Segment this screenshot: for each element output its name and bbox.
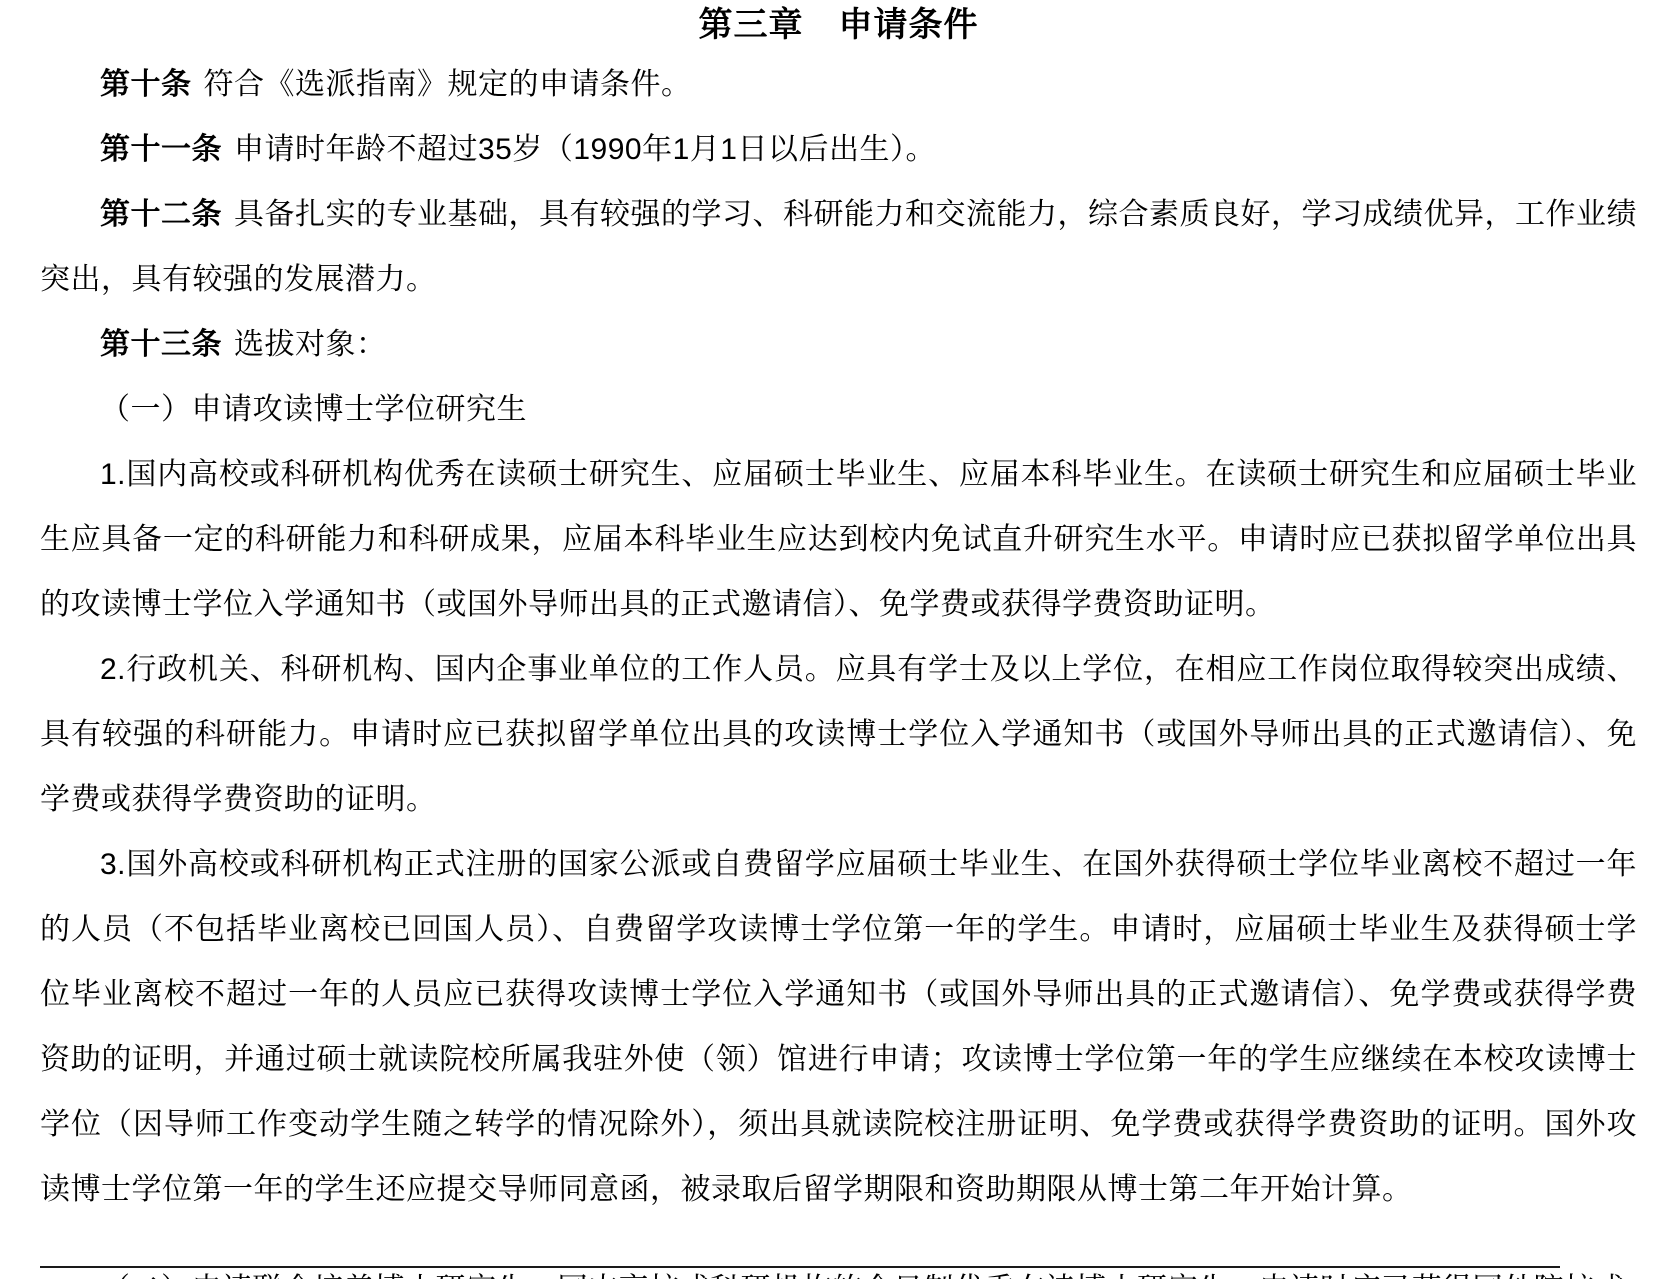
document-text: 第十条符合《选派指南》规定的申请条件。 第十一条申请时年龄不超过35岁（1990… xyxy=(40,52,1637,1222)
article-13-number: 第十三条 xyxy=(100,328,222,361)
article-11-number: 第十一条 xyxy=(100,133,222,166)
article-11-text: 申请时年龄不超过35岁（1990年1月1日以后出生）。 xyxy=(234,133,936,166)
article-10-number: 第十条 xyxy=(100,68,192,101)
bottom-divider-line xyxy=(40,1266,1560,1268)
article-13: 第十三条选拔对象： xyxy=(40,312,1637,377)
article-12-number: 第十二条 xyxy=(100,198,222,231)
article-12-text: 具备扎实的专业基础，具有较强的学习、科研能力和交流能力，综合素质良好，学习成绩优… xyxy=(40,198,1637,296)
article-11: 第十一条申请时年龄不超过35岁（1990年1月1日以后出生）。 xyxy=(40,117,1637,182)
article-13-text: 选拔对象： xyxy=(234,328,387,361)
item-1-sub-1: 1.国内高校或科研机构优秀在读硕士研究生、应届硕士毕业生、应届本科毕业生。在读硕… xyxy=(40,442,1637,637)
article-10: 第十条符合《选派指南》规定的申请条件。 xyxy=(40,52,1637,117)
item-1-sub-3: 3.国外高校或科研机构正式注册的国家公派或自费留学应届硕士毕业生、在国外获得硕士… xyxy=(40,832,1637,1222)
article-10-text: 符合《选派指南》规定的申请条件。 xyxy=(204,68,692,101)
article-12: 第十二条具备扎实的专业基础，具有较强的学习、科研能力和交流能力，综合素质良好，学… xyxy=(40,182,1637,312)
item-1-sub-2: 2.行政机关、科研机构、国内企事业单位的工作人员。应具有学士及以上学位，在相应工… xyxy=(40,637,1637,832)
clipped-next-line: （二）申请联合培养博士研究生。国内高校或科研机构的全日制优秀在读博士研究生，申请… xyxy=(40,1270,1637,1279)
chapter-title: 第三章 申请条件 xyxy=(40,0,1637,48)
document-body: 第三章 申请条件 第十条符合《选派指南》规定的申请条件。 第十一条申请时年龄不超… xyxy=(40,0,1637,1222)
item-1-heading: （一）申请攻读博士学位研究生 xyxy=(40,377,1637,442)
document-page: 第三章 申请条件 第十条符合《选派指南》规定的申请条件。 第十一条申请时年龄不超… xyxy=(0,0,1677,1279)
